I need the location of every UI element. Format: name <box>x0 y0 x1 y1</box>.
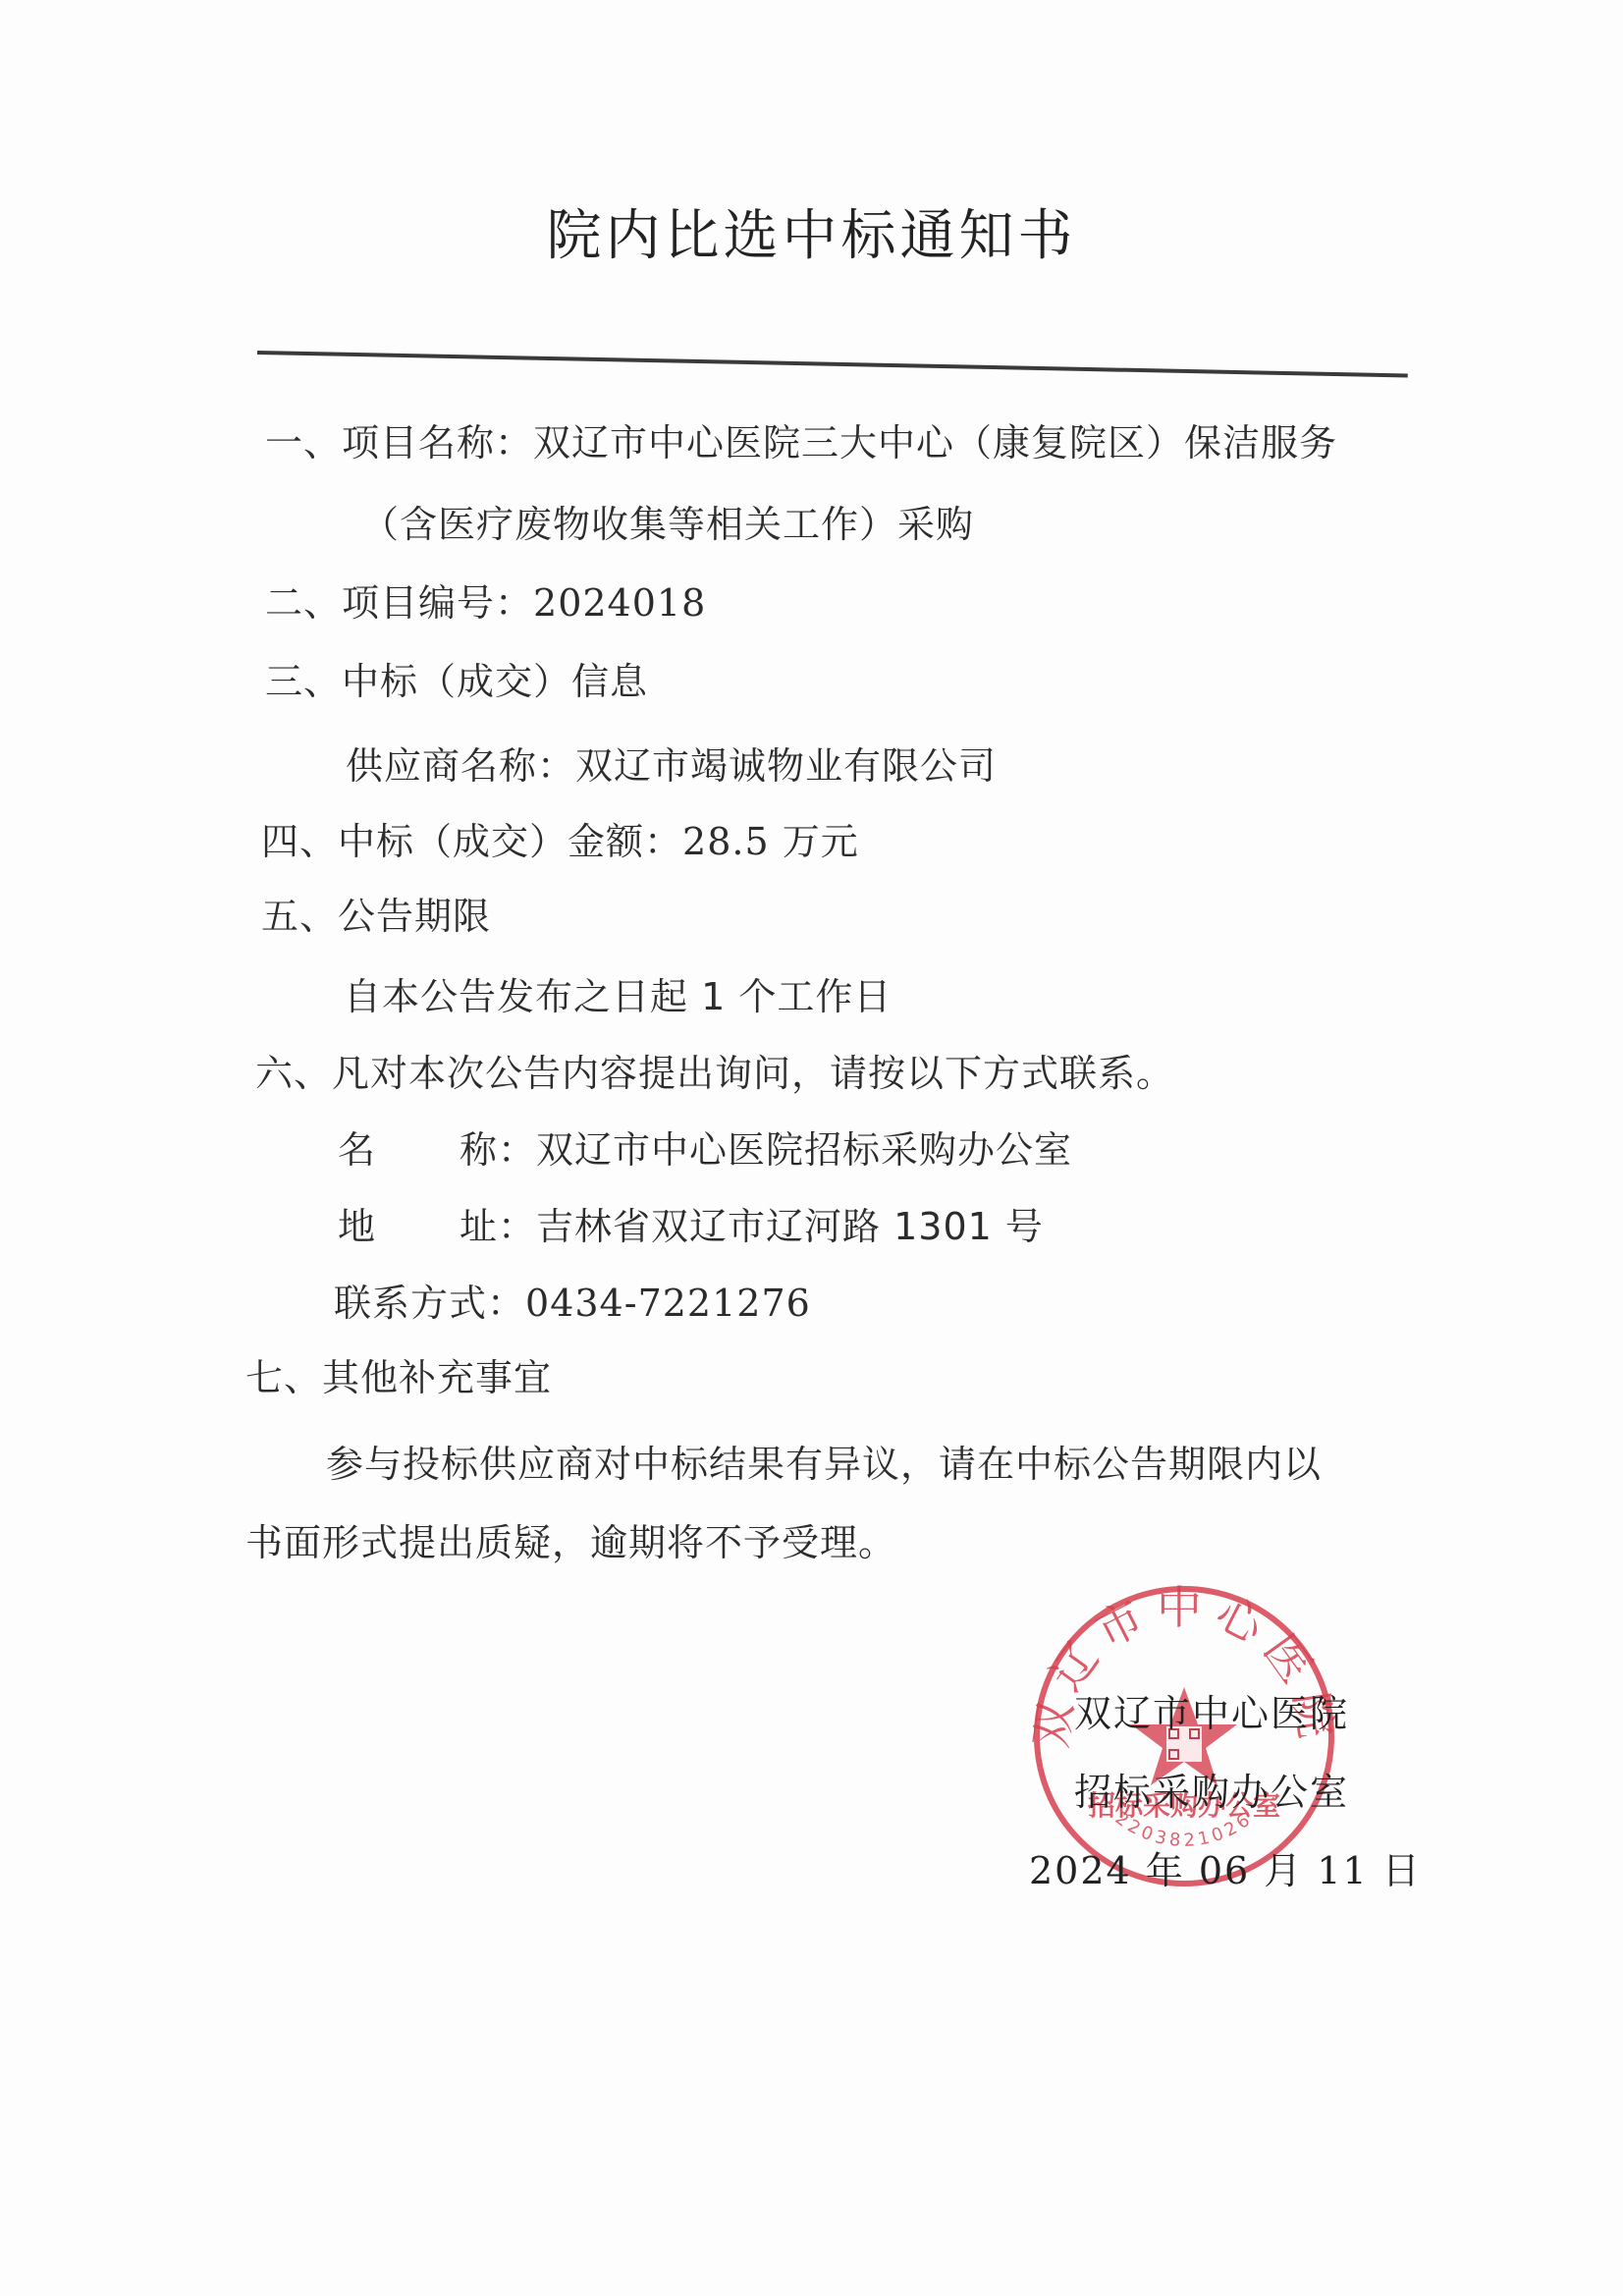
document-title: 院内比选中标通知书 <box>0 192 1623 271</box>
section-7-heading: 七、其他补充事宜 <box>245 1347 552 1401</box>
supplier-line: 供应商名称：双辽市竭诚物业有限公司 <box>346 736 997 790</box>
contact-address-value: 吉林省双辽市辽河路 1301 号 <box>536 1205 1044 1248</box>
signature-org-line-1: 双辽市中心医院 <box>1074 1683 1349 1737</box>
contact-phone-label: 联系方式： <box>334 1282 525 1325</box>
project-name-value-continued: （含医疗废物收集等相关工作）采购 <box>361 503 974 546</box>
notice-period-body: 自本公告发布之日起 1 个工作日 <box>344 966 892 1020</box>
contact-name-line: 名称：双辽市中心医院招标采购办公室 <box>338 1120 1072 1174</box>
section-7-body-line-2: 书面形式提出质疑，逾期将不予受理。 <box>245 1512 896 1566</box>
contact-address-label-a: 地 <box>338 1196 460 1250</box>
section-1-heading: 一、项目名称： <box>265 421 533 465</box>
contact-name-label-a: 名 <box>338 1120 460 1174</box>
contact-name-label-b: 称： <box>460 1128 536 1172</box>
section-4-heading: 四、中标（成交）金额： <box>261 820 682 863</box>
section-3-heading: 三、中标（成交）信息 <box>265 651 648 705</box>
supplier-value: 双辽市竭诚物业有限公司 <box>575 744 997 788</box>
section-4: 四、中标（成交）金额：28.5 万元 <box>261 811 859 865</box>
signature-date: 2024 年 06 月 11 日 <box>1029 1840 1422 1894</box>
section-2: 二、项目编号：2024018 <box>265 573 706 627</box>
section-1-line-2: （含医疗废物收集等相关工作）采购 <box>361 494 974 548</box>
signature-org-line-2: 招标采购办公室 <box>1074 1762 1349 1816</box>
contact-phone-value: 0434-7221276 <box>525 1282 811 1325</box>
section-2-heading: 二、项目编号： <box>265 581 533 625</box>
section-7-body-line-1: 参与投标供应商对中标结果有异议，请在中标公告期限内以 <box>326 1434 1322 1488</box>
project-number-value: 2024018 <box>533 581 706 625</box>
contact-address-line: 地址：吉林省双辽市辽河路 1301 号 <box>338 1196 1044 1250</box>
document-page: 院内比选中标通知书 一、项目名称：双辽市中心医院三大中心（康复院区）保洁服务 （… <box>0 0 1623 2296</box>
award-amount-value: 28.5 万元 <box>682 820 859 863</box>
section-6-heading: 六、凡对本次公告内容提出询问，请按以下方式联系。 <box>255 1043 1174 1097</box>
section-1-line-1: 一、项目名称：双辽市中心医院三大中心（康复院区）保洁服务 <box>265 412 1337 466</box>
contact-phone-line: 联系方式：0434-7221276 <box>334 1273 811 1327</box>
title-divider <box>257 351 1408 378</box>
contact-name-value: 双辽市中心医院招标采购办公室 <box>536 1128 1072 1172</box>
project-name-value: 双辽市中心医院三大中心（康复院区）保洁服务 <box>533 421 1337 465</box>
contact-address-label-b: 址： <box>460 1205 536 1248</box>
section-5-heading: 五、公告期限 <box>261 886 491 940</box>
supplier-label: 供应商名称： <box>346 744 575 788</box>
